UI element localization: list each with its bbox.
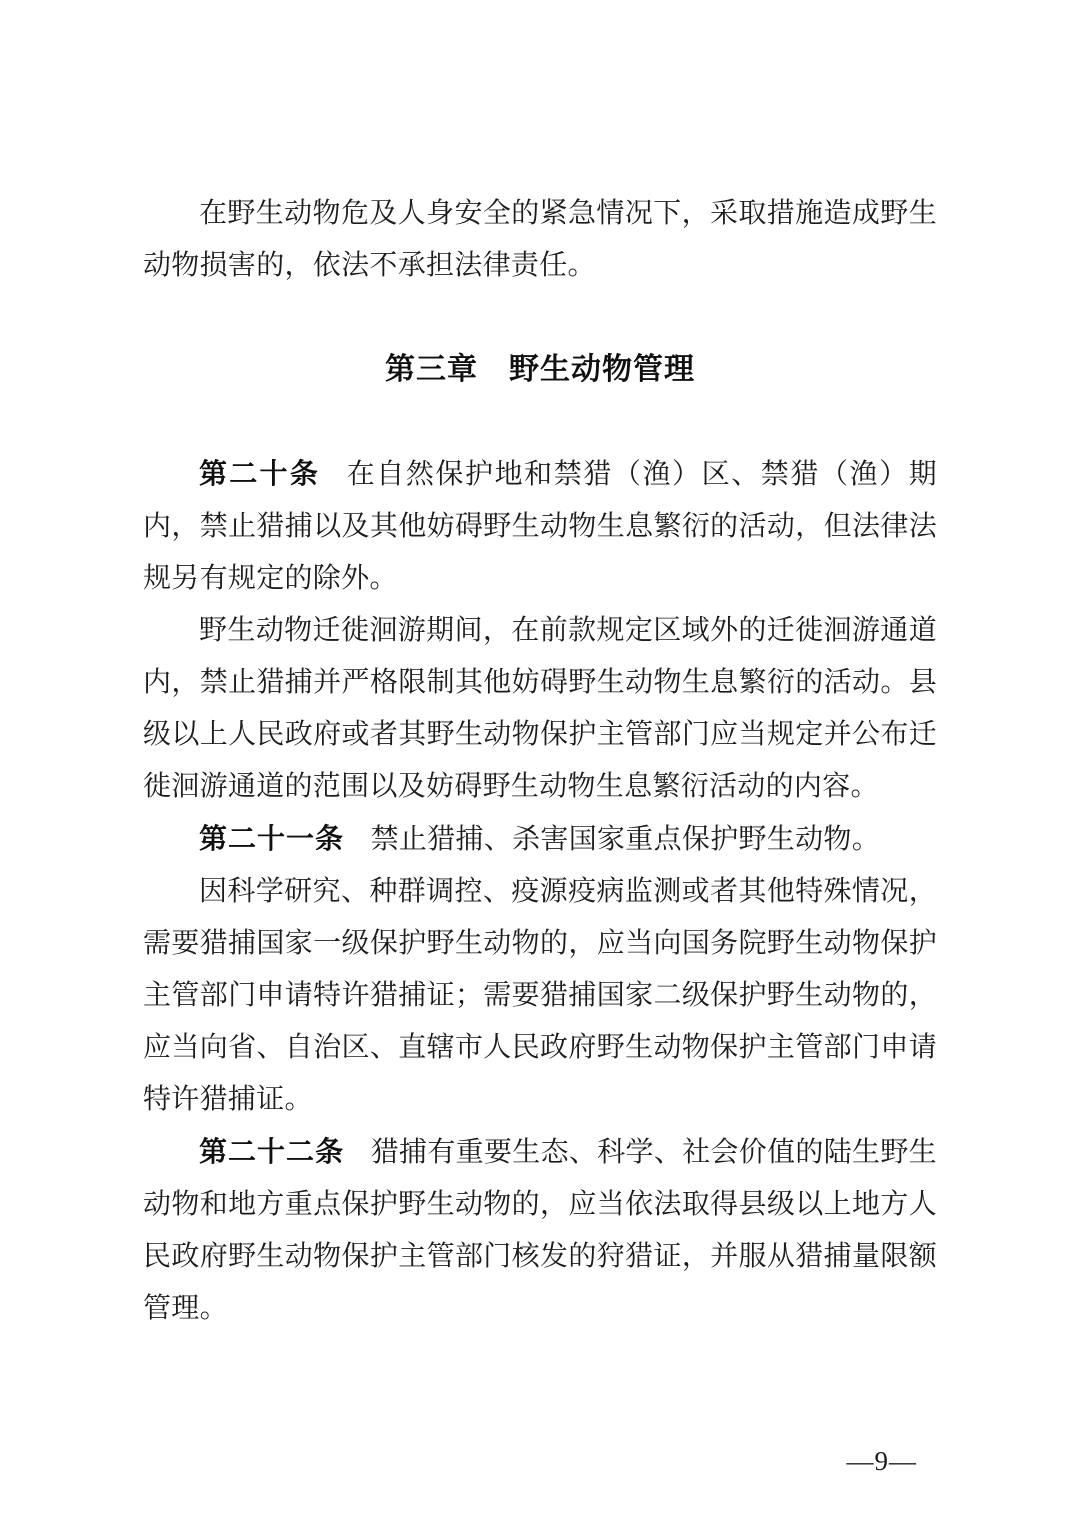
article-21-number: 第二十一条 <box>199 823 344 854</box>
article-21-clause-1: 禁止猎捕、杀害国家重点保护野生动物。 <box>371 824 880 855</box>
intro-paragraph: 在野生动物危及人身安全的紧急情况下，采取措施造成野生动物损害的，依法不承担法律责… <box>143 188 937 292</box>
page-number: —9— <box>847 1441 918 1481</box>
article-20-number: 第二十条 <box>199 458 320 489</box>
article-21-paragraph-1: 第二十一条禁止猎捕、杀害国家重点保护野生动物。 <box>143 813 937 866</box>
article-20-paragraph-1: 第二十条在自然保护地和禁猎（渔）区、禁猎（渔）期内，禁止猎捕以及其他妨碍野生动物… <box>143 448 937 605</box>
article-21-paragraph-2: 因科学研究、种群调控、疫源疫病监测或者其他特殊情况，需要猎捕国家一级保护野生动物… <box>143 866 937 1126</box>
article-20-paragraph-2: 野生动物迁徙洄游期间，在前款规定区域外的迁徙洄游通道内，禁止猎捕并严格限制其他妨… <box>143 605 937 813</box>
chapter-heading: 第三章 野生动物管理 <box>143 344 937 396</box>
document-body: 在野生动物危及人身安全的紧急情况下，采取措施造成野生动物损害的，依法不承担法律责… <box>143 0 937 1335</box>
article-22-number: 第二十二条 <box>199 1136 344 1167</box>
document-page: 在野生动物危及人身安全的紧急情况下，采取措施造成野生动物损害的，依法不承担法律责… <box>0 0 1074 1520</box>
article-22-paragraph-1: 第二十二条猎捕有重要生态、科学、社会价值的陆生野生动物和地方重点保护野生动物的，… <box>143 1126 937 1335</box>
